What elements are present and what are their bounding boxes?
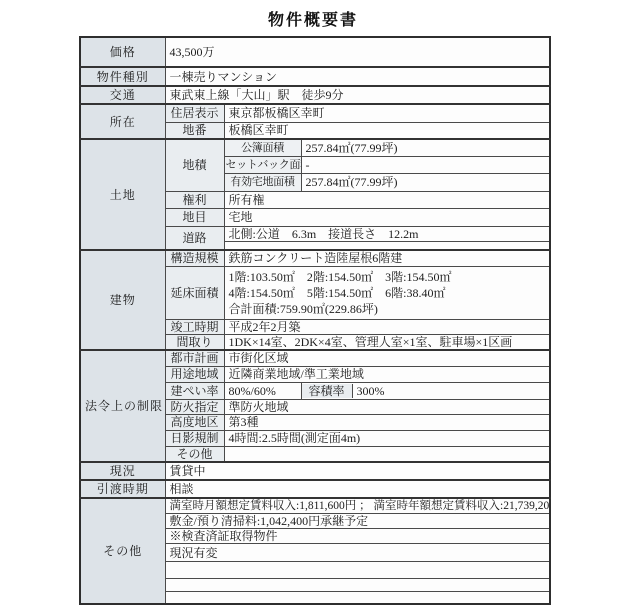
floor-area-line-1: 1階:103.50㎡ 2階:154.50㎡ 3階:154.50㎡ — [229, 269, 546, 285]
other-row-empty-3 — [165, 592, 550, 604]
legal-zoning-label: 用途地域 — [165, 366, 224, 382]
legal-height-district-value: 第3種 — [224, 414, 550, 430]
land-category-label: 地目 — [165, 208, 224, 226]
property-type-label: 物件種別 — [80, 67, 165, 86]
other-row-rent-income: 満室時月額想定賃料収入:1,811,600円 ； 満室時年額想定賃料収入:21,… — [165, 498, 550, 514]
legal-fire-label: 防火指定 — [165, 399, 224, 414]
legal-floor-ratio-value: 300% — [353, 384, 550, 398]
address-display-label: 住居表示 — [165, 104, 224, 122]
floor-ratio-split: 容積率 300% — [302, 384, 550, 398]
page-title: 物件概要書 — [0, 0, 626, 30]
legal-shadow-label: 日影規制 — [165, 430, 224, 446]
property-table: 価格 43,500万 物件種別 一棟売りマンション 交通 東武東上線「大山」駅 … — [79, 36, 551, 605]
building-floor-area-value: 1階:103.50㎡ 2階:154.50㎡ 3階:154.50㎡ 4階:154.… — [224, 266, 550, 319]
legal-height-district-label: 高度地区 — [165, 414, 224, 430]
legal-city-planning-value: 市街化区域 — [224, 350, 550, 366]
land-area-effective-label: 有効宅地面積 — [224, 173, 301, 191]
other-label: その他 — [80, 498, 165, 604]
building-completion-value: 平成2年2月築 — [224, 319, 550, 334]
other-row-deposit: 敷金/預り清掃料:1,042,400円承継予定 — [165, 514, 550, 529]
floor-area-line-3: 合計面積:759.90㎡(229.86坪) — [229, 301, 546, 317]
location-label: 所在 — [80, 104, 165, 139]
building-floor-area-label: 延床面積 — [165, 266, 224, 319]
row-price: 価格 43,500万 — [80, 37, 550, 67]
building-layout-value: 1DK×14室、2DK×4室、管理人室×1室、駐車場×1区画 — [224, 334, 550, 350]
land-category-value: 宅地 — [224, 208, 550, 226]
land-rights-label: 権利 — [165, 191, 224, 208]
land-road-value: 北側:公道 6.3m 接道長さ 12.2m — [224, 226, 550, 241]
building-structure-value: 鉄筋コンクリート造陸屋根6階建 — [224, 250, 550, 266]
legal-fire-value: 準防火地域 — [224, 399, 550, 414]
building-label: 建物 — [80, 250, 165, 350]
price-value: 43,500万 — [165, 37, 550, 67]
legal-coverage-value: 80%/60% — [224, 382, 301, 399]
land-rights-value: 所有権 — [224, 191, 550, 208]
row-building-structure: 建物 構造規模 鉄筋コンクリート造陸屋根6階建 — [80, 250, 550, 266]
building-structure-label: 構造規模 — [165, 250, 224, 266]
current-status-label: 現況 — [80, 462, 165, 480]
price-label: 価格 — [80, 37, 165, 67]
land-area-label: 地積 — [165, 139, 224, 191]
current-status-value: 賃貸中 — [165, 462, 550, 480]
legal-floor-ratio-cell: 容積率 300% — [301, 382, 550, 399]
land-area-setback-label: セットバック面積 — [224, 156, 301, 173]
address-display-value: 東京都板橋区幸町 — [224, 104, 550, 122]
row-property-type: 物件種別 一棟売りマンション — [80, 67, 550, 86]
row-address-display: 所在 住居表示 東京都板橋区幸町 — [80, 104, 550, 122]
handover-label: 引渡時期 — [80, 480, 165, 498]
land-road-value2 — [224, 241, 550, 250]
other-row-empty-2 — [165, 579, 550, 592]
legal-coverage-label: 建ぺい率 — [165, 382, 224, 399]
access-value: 東武東上線「大山」駅 徒歩9分 — [165, 86, 550, 104]
land-area-registered-label: 公簿面積 — [224, 139, 301, 156]
row-access: 交通 東武東上線「大山」駅 徒歩9分 — [80, 86, 550, 104]
other-row-inspection: ※検査済証取得物件 — [165, 529, 550, 544]
property-type-value: 一棟売りマンション — [165, 67, 550, 86]
row-other-1: その他 満室時月額想定賃料収入:1,811,600円 ； 満室時年額想定賃料収入… — [80, 498, 550, 514]
row-handover: 引渡時期 相談 — [80, 480, 550, 498]
lot-number-label: 地番 — [165, 122, 224, 139]
lot-number-value: 板橋区幸町 — [224, 122, 550, 139]
land-area-effective-value: 257.84㎡(77.99坪) — [301, 173, 550, 191]
legal-label: 法令上の制限 — [80, 350, 165, 462]
land-area-registered-value: 257.84㎡(77.99坪) — [301, 139, 550, 156]
building-layout-label: 間取り — [165, 334, 224, 350]
legal-zoning-value: 近隣商業地域/準工業地域 — [224, 366, 550, 382]
other-row-condition: 現況有変 — [165, 544, 550, 562]
floor-area-line-2: 4階:154.50㎡ 5階:154.50㎡ 6階:38.40㎡ — [229, 285, 546, 301]
building-completion-label: 竣工時期 — [165, 319, 224, 334]
row-legal-city-planning: 法令上の制限 都市計画 市街化区域 — [80, 350, 550, 366]
legal-floor-ratio-label: 容積率 — [302, 384, 353, 398]
legal-other-value — [224, 446, 550, 462]
legal-shadow-value: 4時間:2.5時間(測定面4m) — [224, 430, 550, 446]
property-overview-sheet: 物件概要書 価格 43,500万 物件種別 一棟売りマンション 交通 東武東上線… — [0, 0, 626, 605]
handover-value: 相談 — [165, 480, 550, 498]
access-label: 交通 — [80, 86, 165, 104]
row-current-status: 現況 賃貸中 — [80, 462, 550, 480]
other-row-empty-1 — [165, 562, 550, 579]
land-road-label: 道路 — [165, 226, 224, 250]
land-label: 土地 — [80, 139, 165, 250]
legal-other-label: その他 — [165, 446, 224, 462]
legal-city-planning-label: 都市計画 — [165, 350, 224, 366]
row-land-area-registered: 土地 地積 公簿面積 257.84㎡(77.99坪) — [80, 139, 550, 156]
land-area-setback-value: - — [301, 156, 550, 173]
